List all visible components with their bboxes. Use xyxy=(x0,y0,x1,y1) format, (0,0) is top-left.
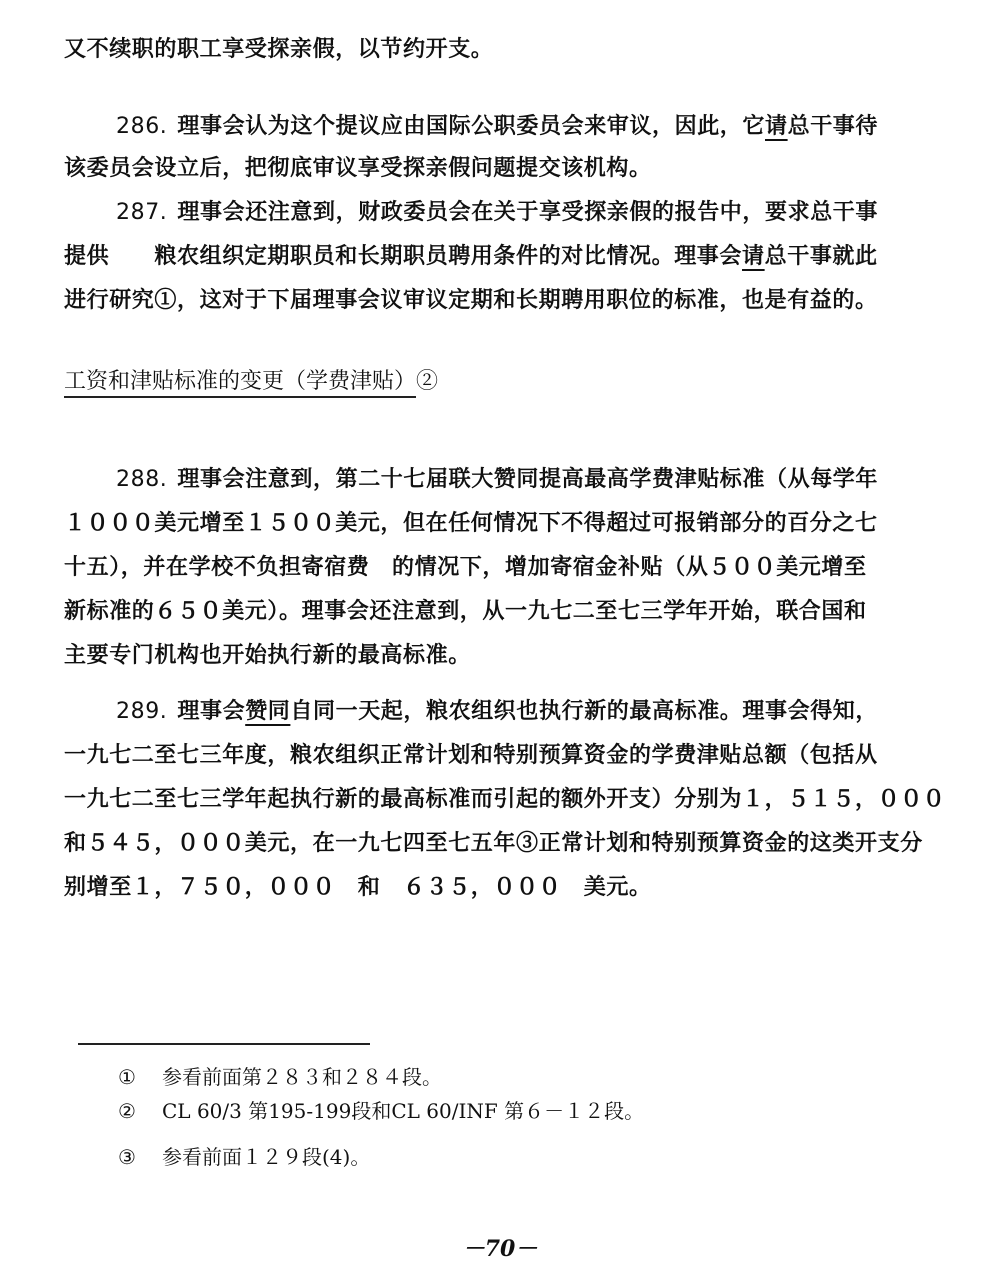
underlined-word: 请 xyxy=(765,113,788,139)
text-span: 新标准的６５０美元）。理事会还注意到，从一九七二至七三学年开始，联合国和 xyxy=(64,598,867,624)
section-heading-title: 工资和津贴标准的变更（学费津贴） xyxy=(64,369,416,398)
footnote-separator xyxy=(78,1043,370,1045)
page-number: －70－ xyxy=(0,1232,1000,1263)
paragraph-288-line-2: １０００美元增至１５００美元，但在任何情况下不得超过可报销部分的百分之七 xyxy=(64,508,964,538)
text-span: 理事会注意到，第二十七届联大赞同提高最高学费津贴标准（从每学年 xyxy=(177,466,878,492)
paragraph-288-line-3: 十五），并在学校不负担寄宿费 的情况下，增加寄宿金补贴（从５００美元增至 xyxy=(64,552,964,582)
document-page: 又不续职的职工享受探亲假，以节约开支。 286.理事会认为这个提议应由国际公职委… xyxy=(0,0,1000,1278)
text-span: 十五），并在学校不负担寄宿费 的情况下，增加寄宿金补贴（从５００美元增至 xyxy=(64,554,867,580)
continuation-line: 又不续职的职工享受探亲假，以节约开支。 xyxy=(64,34,964,64)
text-span: 理事会认为这个提议应由国际公职委员会来审议，因此，它 xyxy=(177,113,765,139)
text-span: １０００美元增至１５００美元，但在任何情况下不得超过可报销部分的百分之七 xyxy=(64,510,878,536)
footnote-3: ③参看前面１２９段(4)。 xyxy=(118,1143,370,1171)
footnote-text: CL 60/3 第195-199段和CL 60/INF 第６－１２段。 xyxy=(162,1099,644,1123)
paragraph-number: 287. xyxy=(116,200,167,225)
paragraph-289-line-3: 一九七二至七三学年起执行新的最高标准而引起的额外开支）分别为１，５１５，０００ xyxy=(64,784,964,814)
paragraph-287-line-3: 进行研究①，这对于下届理事会议审议定期和长期聘用职位的标准，也是有益的。 xyxy=(64,285,964,315)
text-span: 又不续职的职工享受探亲假，以节约开支。 xyxy=(64,36,493,62)
footnote-mark: ① xyxy=(118,1063,162,1091)
footnote-ref-2: ② xyxy=(416,369,438,394)
text-span: 提供 粮农组织定期职员和长期职员聘用条件的对比情况。理事会 xyxy=(64,243,742,269)
text-span: 主要专门机构也开始执行新的最高标准。 xyxy=(64,642,471,668)
paragraph-number: 289. xyxy=(116,699,167,724)
paragraph-288-line-5: 主要专门机构也开始执行新的最高标准。 xyxy=(64,640,964,670)
paragraph-289-line-2: 一九七二至七三年度，粮农组织正常计划和特别预算资金的学费津贴总额（包括从 xyxy=(64,740,964,770)
text-span: 理事会还注意到，财政委员会在关于享受探亲假的报告中，要求总干事 xyxy=(177,199,878,225)
text-span: 一九七二至七三学年起执行新的最高标准而引起的额外开支）分别为１，５１５，０００ xyxy=(64,786,945,812)
footnote-mark: ③ xyxy=(118,1143,162,1171)
paragraph-289-line-4: 和５４５，０００美元，在一九七四至七五年③正常计划和特别预算资金的这类开支分 xyxy=(64,828,964,858)
underlined-word: 赞同 xyxy=(245,698,290,724)
text-span: 该委员会设立后，把彻底审议享受探亲假问题提交该机构。 xyxy=(64,155,652,181)
text-span: 总干事待 xyxy=(788,113,878,139)
footnote-text: 参看前面第２８３和２８４段。 xyxy=(162,1065,442,1089)
paragraph-number: 286. xyxy=(116,114,167,139)
text-span: 理事会 xyxy=(177,698,245,724)
footnote-1: ①参看前面第２８３和２８４段。 xyxy=(118,1063,442,1091)
footnote-mark: ② xyxy=(118,1097,162,1125)
paragraph-287-line-2: 提供 粮农组织定期职员和长期职员聘用条件的对比情况。理事会请总干事就此 xyxy=(64,241,964,271)
paragraph-289-line-1: 289.理事会赞同自同一天起，粮农组织也执行新的最高标准。理事会得知， xyxy=(116,696,1000,727)
paragraph-288-line-1: 288.理事会注意到，第二十七届联大赞同提高最高学费津贴标准（从每学年 xyxy=(116,464,1000,495)
text-span: 和５４５，０００美元，在一九七四至七五年③正常计划和特别预算资金的这类开支分 xyxy=(64,830,923,856)
text-span: 一九七二至七三年度，粮农组织正常计划和特别预算资金的学费津贴总额（包括从 xyxy=(64,742,878,768)
paragraph-286-line-2: 该委员会设立后，把彻底审议享受探亲假问题提交该机构。 xyxy=(64,153,964,183)
paragraph-number: 288. xyxy=(116,467,167,492)
underlined-word: 请 xyxy=(742,243,765,269)
section-heading: 工资和津贴标准的变更（学费津贴）② xyxy=(64,367,438,397)
text-span: 进行研究①，这对于下届理事会议审议定期和长期聘用职位的标准，也是有益的。 xyxy=(64,287,878,313)
paragraph-286-line-1: 286.理事会认为这个提议应由国际公职委员会来审议，因此，它请总干事待 xyxy=(116,111,1000,142)
paragraph-289-line-5: 别增至１，７５０，０００ 和 ６３５，０００ 美元。 xyxy=(64,872,964,902)
text-span: 总干事就此 xyxy=(765,243,878,269)
paragraph-287-line-1: 287.理事会还注意到，财政委员会在关于享受探亲假的报告中，要求总干事 xyxy=(116,197,1000,228)
paragraph-288-line-4: 新标准的６５０美元）。理事会还注意到，从一九七二至七三学年开始，联合国和 xyxy=(64,596,964,626)
footnote-text: 参看前面１２９段(4)。 xyxy=(162,1145,370,1169)
footnote-2: ②CL 60/3 第195-199段和CL 60/INF 第６－１２段。 xyxy=(118,1097,644,1125)
text-span: 自同一天起，粮农组织也执行新的最高标准。理事会得知， xyxy=(290,698,878,724)
text-span: 别增至１，７５０，０００ 和 ６３５，０００ 美元。 xyxy=(64,874,652,900)
